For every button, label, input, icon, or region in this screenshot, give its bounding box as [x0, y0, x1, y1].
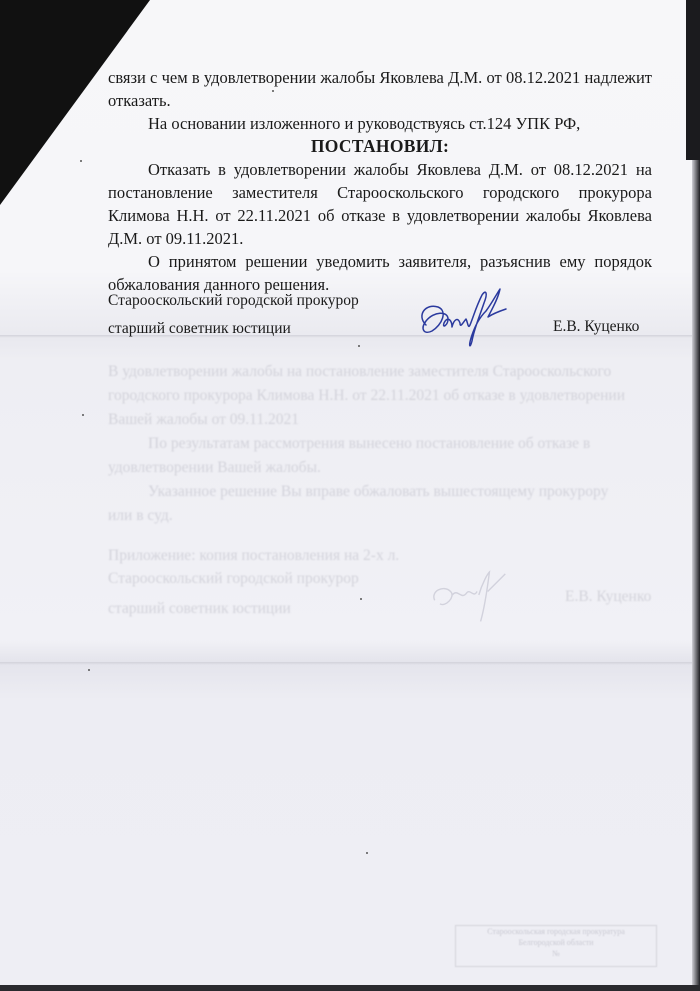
bleed-through-name: Е.В. Куценко: [565, 585, 651, 609]
scanner-edge-bottom: [0, 985, 700, 991]
scanner-edge-right-top: [686, 0, 700, 160]
ghost-line: удовлетворении Вашей жалобы.: [108, 456, 656, 480]
document-body: связи с чем в удовлетворении жалобы Яков…: [108, 66, 652, 296]
bleed-through-position-1: Старооскольский городской прокурор: [108, 567, 359, 591]
scan-speck: [272, 90, 274, 92]
signer-position-line2: старший советник юстиции: [108, 320, 291, 338]
fold-line: [0, 662, 700, 665]
bleed-through-text: В удовлетворении жалобы на постановление…: [108, 360, 656, 568]
stamp-line: №: [456, 948, 656, 959]
resolution-heading: ПОСТАНОВИЛ:: [108, 135, 652, 158]
signer-name: Е.В. Куценко: [553, 318, 639, 336]
scan-speck: [366, 852, 368, 854]
ghost-line: Вашей жалобы от 09.11.2021: [108, 408, 656, 432]
ghost-line: или в суд.: [108, 504, 656, 528]
scan-speck: [88, 669, 90, 671]
bleed-through-position-2: старший советник юстиции: [108, 597, 291, 621]
ghost-line: Приложение: копия постановления на 2-х л…: [108, 544, 656, 568]
ghost-line: городского прокурора Климова Н.Н. от 22.…: [108, 384, 656, 408]
bleed-through-stamp: Старооскольская городская прокуратура Бе…: [455, 925, 657, 967]
paragraph-resolution: Отказать в удовлетворении жалобы Яковлев…: [108, 158, 652, 250]
scan-speck: [358, 345, 360, 347]
stamp-line: Старооскольская городская прокуратура: [456, 926, 656, 937]
ghost-line: Указанное решение Вы вправе обжаловать в…: [108, 480, 656, 504]
ghost-line: По результатам рассмотрения вынесено пос…: [108, 432, 656, 456]
paragraph-conclusion: связи с чем в удовлетворении жалобы Яков…: [108, 66, 652, 112]
signer-position-line1: Старооскольский городской прокурор: [108, 292, 359, 310]
handwritten-signature-icon: [412, 285, 512, 353]
stamp-line: Белгородской области: [456, 937, 656, 948]
scan-speck: [82, 414, 84, 416]
paragraph-notification: О принятом решении уведомить заявителя, …: [108, 250, 652, 296]
paragraph-legal-basis: На основании изложенного и руководствуяс…: [108, 112, 652, 135]
bleed-through-signature-icon: [425, 565, 515, 625]
scanned-page: В удовлетворении жалобы на постановление…: [0, 0, 700, 991]
scan-speck: [360, 598, 362, 600]
folded-corner-shadow: [0, 0, 150, 205]
ghost-line: В удовлетворении жалобы на постановление…: [108, 360, 656, 384]
